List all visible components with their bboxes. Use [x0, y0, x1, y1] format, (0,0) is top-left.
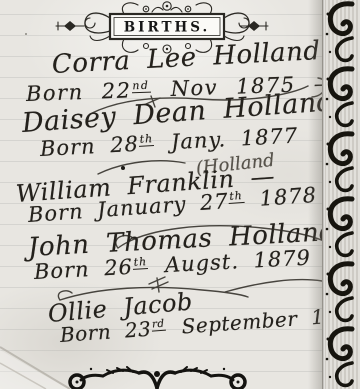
birth-date-prefix: Born 23 — [59, 317, 152, 347]
section-title: BIRTHS. — [124, 20, 210, 36]
birth-date-rest: 1878 — [245, 183, 318, 212]
adjacent-page-edge — [322, 0, 360, 389]
birth-date-prefix: Born 26 — [33, 255, 133, 284]
ordinal-suffix: rd — [151, 318, 166, 332]
page-edge-scroll-ornament — [322, 0, 360, 389]
ordinal-suffix: th — [132, 255, 148, 270]
ordinal-suffix: th — [138, 132, 154, 147]
ink-blot — [121, 166, 125, 170]
ordinal-suffix: nd — [131, 79, 150, 94]
next-section-ornament — [55, 366, 260, 389]
birth-date-prefix: Born 28 — [39, 132, 139, 161]
ordinal-suffix: th — [228, 189, 244, 204]
bible-births-register-page: BIRTHS. Corra Lee Holland Born 22nd Nov … — [0, 0, 360, 389]
